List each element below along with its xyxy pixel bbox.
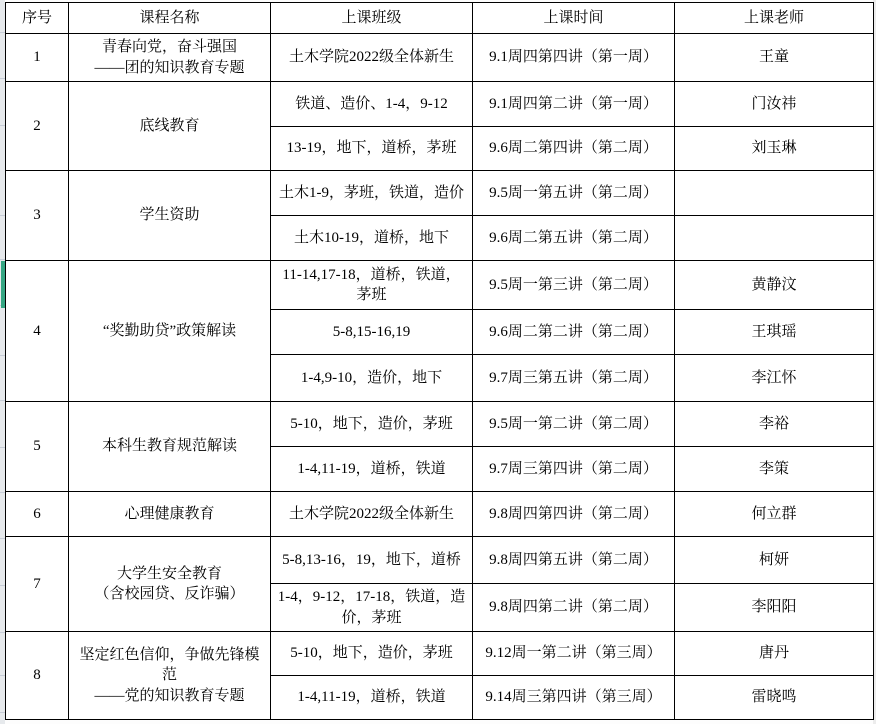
cell-class[interactable]: 5-10，地下，造价，茅班 — [271, 402, 473, 447]
cell-time[interactable]: 9.6周二第四讲（第二周） — [473, 127, 675, 171]
cell-teacher[interactable]: 黄静汶 — [675, 261, 874, 310]
cell-class[interactable]: 土木学院2022级全体新生 — [271, 492, 473, 537]
cell-course-name[interactable]: 心理健康教育 — [69, 492, 271, 537]
cell-course-number[interactable]: 1 — [6, 34, 69, 82]
table-body: 1青春向党，奋斗强国 ——团的知识教育专题土木学院2022级全体新生9.1周四第… — [6, 34, 874, 720]
cell-class[interactable]: 土木学院2022级全体新生 — [271, 34, 473, 82]
column-header[interactable]: 上课老师 — [675, 3, 874, 34]
cell-teacher[interactable]: 雷晓鸣 — [675, 676, 874, 720]
cell-class[interactable]: 土木10-19，道桥，地下 — [271, 216, 473, 261]
cell-time[interactable]: 9.7周三第五讲（第二周） — [473, 355, 675, 402]
table-row: 8坚定红色信仰，争做先锋模范 ——党的知识教育专题5-10，地下，造价，茅班9.… — [6, 632, 874, 676]
table-row: 5本科生教育规范解读5-10，地下，造价，茅班9.5周一第二讲（第二周）李裕 — [6, 402, 874, 447]
column-header[interactable]: 上课班级 — [271, 3, 473, 34]
cell-teacher[interactable]: 王琪瑶 — [675, 310, 874, 355]
table-row: 1青春向党，奋斗强国 ——团的知识教育专题土木学院2022级全体新生9.1周四第… — [6, 34, 874, 82]
cell-course-number[interactable]: 3 — [6, 171, 69, 261]
cell-time[interactable]: 9.8周四第四讲（第二周） — [473, 492, 675, 537]
cell-course-name[interactable]: 底线教育 — [69, 82, 271, 171]
cell-time[interactable]: 9.7周三第四讲（第二周） — [473, 447, 675, 492]
table-row: 3学生资助土木1-9，茅班，铁道，造价9.5周一第五讲（第二周） — [6, 171, 874, 216]
cell-course-number[interactable]: 4 — [6, 261, 69, 402]
course-schedule-table: 序号课程名称上课班级上课时间上课老师 1青春向党，奋斗强国 ——团的知识教育专题… — [5, 2, 874, 720]
cell-course-name[interactable]: 学生资助 — [69, 171, 271, 261]
header-row: 序号课程名称上课班级上课时间上课老师 — [6, 3, 874, 34]
column-header[interactable]: 课程名称 — [69, 3, 271, 34]
cell-course-name[interactable]: “奖勤助贷”政策解读 — [69, 261, 271, 402]
cell-teacher[interactable]: 门汝祎 — [675, 82, 874, 127]
cell-teacher[interactable]: 李裕 — [675, 402, 874, 447]
cell-time[interactable]: 9.6周二第二讲（第二周） — [473, 310, 675, 355]
column-header[interactable]: 上课时间 — [473, 3, 675, 34]
cell-class[interactable]: 5-10，地下，造价，茅班 — [271, 632, 473, 676]
cell-time[interactable]: 9.1周四第四讲（第一周） — [473, 34, 675, 82]
cell-time[interactable]: 9.12周一第二讲（第三周） — [473, 632, 675, 676]
cell-time[interactable]: 9.8周四第五讲（第二周） — [473, 537, 675, 584]
cell-time[interactable]: 9.14周三第四讲（第三周） — [473, 676, 675, 720]
cell-course-number[interactable]: 5 — [6, 402, 69, 492]
cell-class[interactable]: 1-4,11-19，道桥，铁道 — [271, 447, 473, 492]
cell-class[interactable]: 土木1-9，茅班，铁道，造价 — [271, 171, 473, 216]
cell-teacher[interactable]: 柯妍 — [675, 537, 874, 584]
cell-class[interactable]: 1-4，9-12，17-18，铁道，造价，茅班 — [271, 584, 473, 632]
cell-course-name[interactable]: 坚定红色信仰，争做先锋模范 ——党的知识教育专题 — [69, 632, 271, 720]
cell-teacher[interactable]: 李阳阳 — [675, 584, 874, 632]
cell-course-name[interactable]: 本科生教育规范解读 — [69, 402, 271, 492]
cell-course-name[interactable]: 大学生安全教育 （含校园贷、反诈骗） — [69, 537, 271, 632]
cell-time[interactable]: 9.5周一第五讲（第二周） — [473, 171, 675, 216]
cell-time[interactable]: 9.6周二第五讲（第二周） — [473, 216, 675, 261]
table-row: 6心理健康教育土木学院2022级全体新生9.8周四第四讲（第二周）何立群 — [6, 492, 874, 537]
cell-class[interactable]: 1-4,11-19，道桥，铁道 — [271, 676, 473, 720]
cell-class[interactable]: 5-8,15-16,19 — [271, 310, 473, 355]
cell-course-number[interactable]: 6 — [6, 492, 69, 537]
cell-time[interactable]: 9.8周四第二讲（第二周） — [473, 584, 675, 632]
cell-class[interactable]: 5-8,13-16，19，地下，道桥 — [271, 537, 473, 584]
cell-course-number[interactable]: 7 — [6, 537, 69, 632]
cell-teacher[interactable]: 何立群 — [675, 492, 874, 537]
cell-teacher[interactable] — [675, 171, 874, 216]
table-row: 4“奖勤助贷”政策解读11-14,17-18，道桥，铁道，茅班9.5周一第三讲（… — [6, 261, 874, 310]
cell-class[interactable]: 11-14,17-18，道桥，铁道，茅班 — [271, 261, 473, 310]
cell-teacher[interactable]: 李江怀 — [675, 355, 874, 402]
cell-class[interactable]: 13-19，地下，道桥，茅班 — [271, 127, 473, 171]
table-row: 2底线教育铁道、造价、1-4，9-129.1周四第二讲（第一周）门汝祎 — [6, 82, 874, 127]
cell-time[interactable]: 9.5周一第二讲（第二周） — [473, 402, 675, 447]
cell-teacher[interactable]: 王童 — [675, 34, 874, 82]
cell-teacher[interactable]: 唐丹 — [675, 632, 874, 676]
cell-course-number[interactable]: 8 — [6, 632, 69, 720]
cell-course-name[interactable]: 青春向党，奋斗强国 ——团的知识教育专题 — [69, 34, 271, 82]
cell-time[interactable]: 9.1周四第二讲（第一周） — [473, 82, 675, 127]
cell-class[interactable]: 铁道、造价、1-4，9-12 — [271, 82, 473, 127]
column-header[interactable]: 序号 — [6, 3, 69, 34]
cell-teacher[interactable]: 刘玉琳 — [675, 127, 874, 171]
cell-class[interactable]: 1-4,9-10，造价，地下 — [271, 355, 473, 402]
table-row: 7大学生安全教育 （含校园贷、反诈骗）5-8,13-16，19，地下，道桥9.8… — [6, 537, 874, 584]
cell-teacher[interactable] — [675, 216, 874, 261]
cell-teacher[interactable]: 李策 — [675, 447, 874, 492]
cell-time[interactable]: 9.5周一第三讲（第二周） — [473, 261, 675, 310]
cell-course-number[interactable]: 2 — [6, 82, 69, 171]
